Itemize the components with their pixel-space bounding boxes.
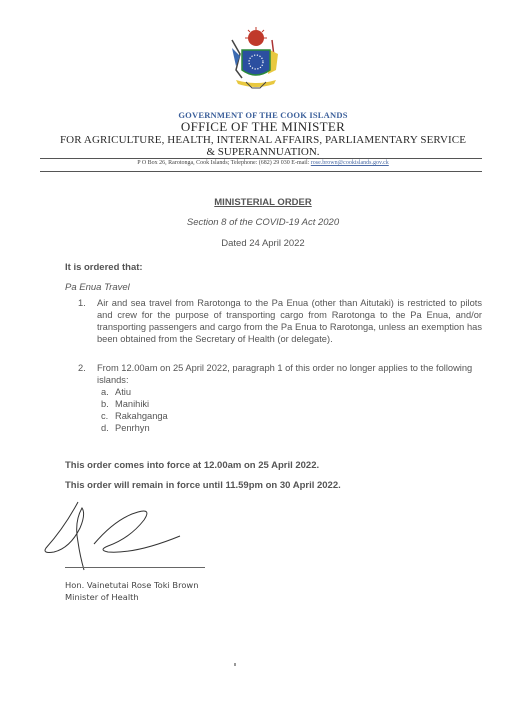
contact-text: P O Box 26, Rarotonga, Cook Islands; Tel… [137, 160, 311, 166]
expiry-statement: This order will remain in force until 11… [65, 480, 341, 491]
order-section: Section 8 of the COVID-19 Act 2020 [0, 217, 526, 228]
order-intro: It is ordered that: [65, 262, 143, 273]
paragraph-1: 1. Air and sea travel from Rarotonga to … [78, 297, 478, 349]
order-date: Dated 24 April 2022 [0, 238, 526, 249]
island-name: Manihiki [115, 399, 149, 409]
order-subheading: Pa Enua Travel [65, 282, 130, 293]
island-item: d.Penrhyn [101, 422, 150, 434]
paragraph-number: 1. [78, 297, 86, 309]
office-heading: OFFICE OF THE MINISTER [0, 119, 526, 135]
paragraph-number: 2. [78, 362, 86, 374]
email-link[interactable]: rose.brown@cookislands.gov.ck [311, 160, 389, 166]
letterhead-rule-bottom [40, 171, 482, 172]
island-name: Penrhyn [115, 423, 150, 433]
signatory-name: Hon. Vainetutai Rose Toki Brown [65, 580, 198, 590]
scan-speck [234, 663, 236, 666]
portfolio-heading: FOR AGRICULTURE, HEALTH, INTERNAL AFFAIR… [0, 134, 526, 146]
portfolio-heading-cont: & SUPERANNUATION. [0, 146, 526, 158]
island-name: Rakahganga [115, 411, 168, 421]
signature-icon [40, 498, 200, 578]
paragraph-2: 2. From 12.00am on 25 April 2022, paragr… [78, 362, 478, 437]
signature-line [65, 567, 205, 568]
paragraph-text: Air and sea travel from Rarotonga to the… [97, 297, 482, 345]
contact-line: P O Box 26, Rarotonga, Cook Islands; Tel… [0, 160, 526, 166]
paragraph-text: From 12.00am on 25 April 2022, paragraph… [97, 362, 482, 386]
island-item: a.Atiu [101, 386, 131, 398]
island-item: b.Manihiki [101, 398, 149, 410]
island-item: c.Rakahganga [101, 410, 168, 422]
island-name: Atiu [115, 387, 131, 397]
coat-of-arms-icon [222, 26, 288, 94]
commencement-statement: This order comes into force at 12.00am o… [65, 460, 319, 471]
order-title: MINISTERIAL ORDER [0, 197, 526, 208]
signatory-role: Minister of Health [65, 592, 139, 602]
